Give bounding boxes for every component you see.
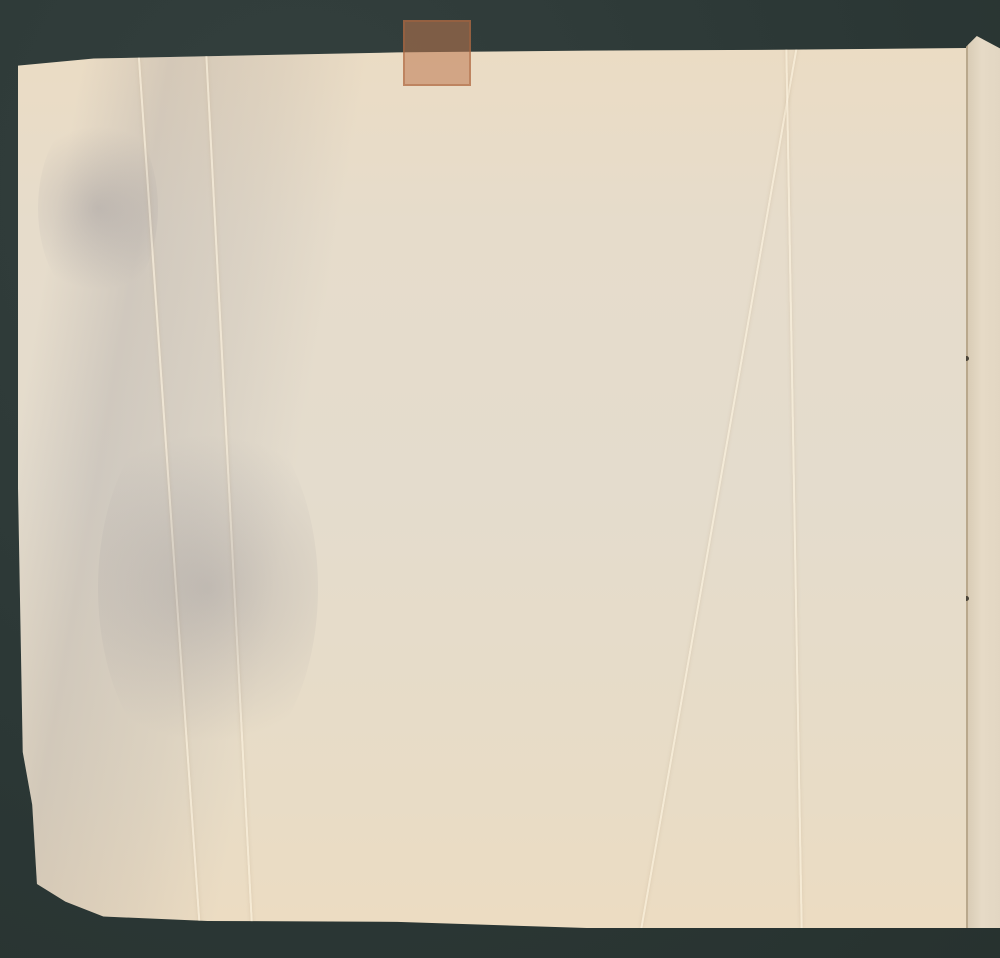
library-seal-stamp bbox=[403, 20, 471, 86]
paper-crease bbox=[785, 48, 802, 928]
blank-paper-page bbox=[18, 48, 966, 928]
paper-stain bbox=[98, 398, 318, 778]
paper-crease bbox=[640, 48, 797, 928]
adjacent-page-edge bbox=[966, 36, 1000, 928]
paper-stain bbox=[38, 108, 158, 308]
